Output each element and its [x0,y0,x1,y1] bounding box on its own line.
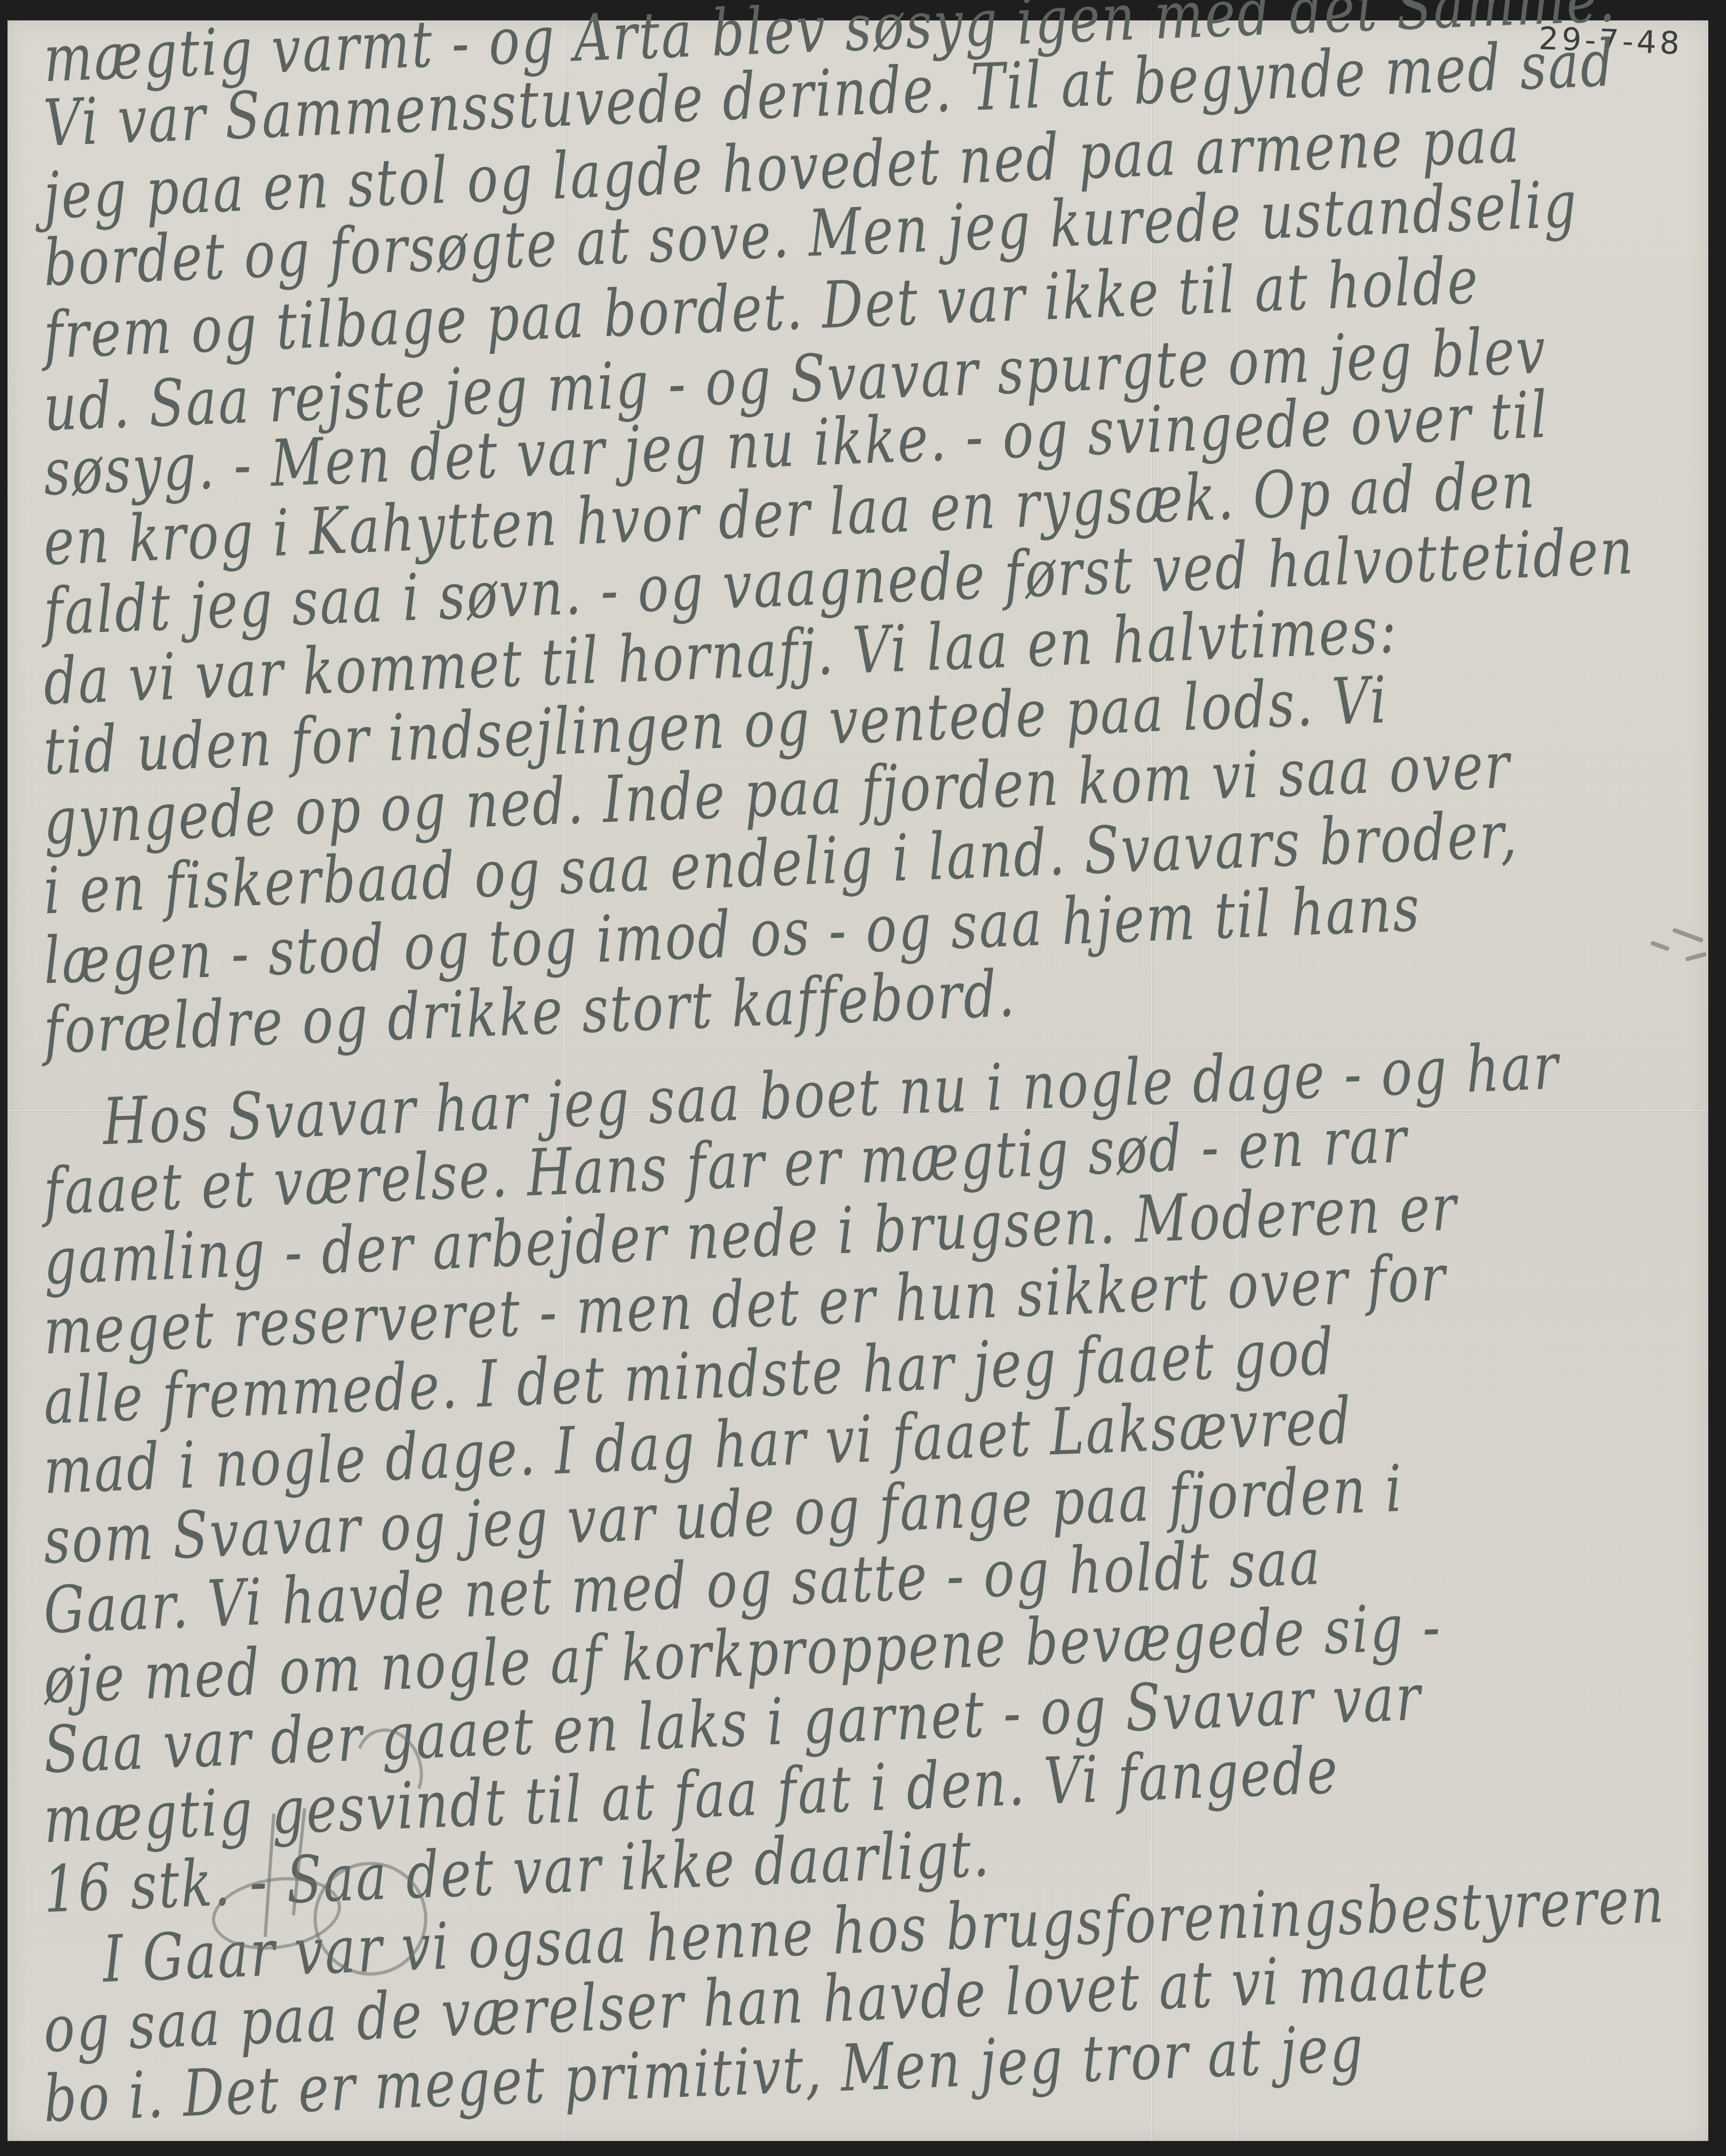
margin-smudge [1672,928,1703,943]
margin-smudge [1685,952,1707,962]
letter-page: 29-7-48 mægtig varmt - og Arta blev søsy… [8,20,1708,2141]
scan-frame: 29-7-48 mægtig varmt - og Arta blev søsy… [0,0,1726,2156]
margin-smudge [1650,941,1670,951]
